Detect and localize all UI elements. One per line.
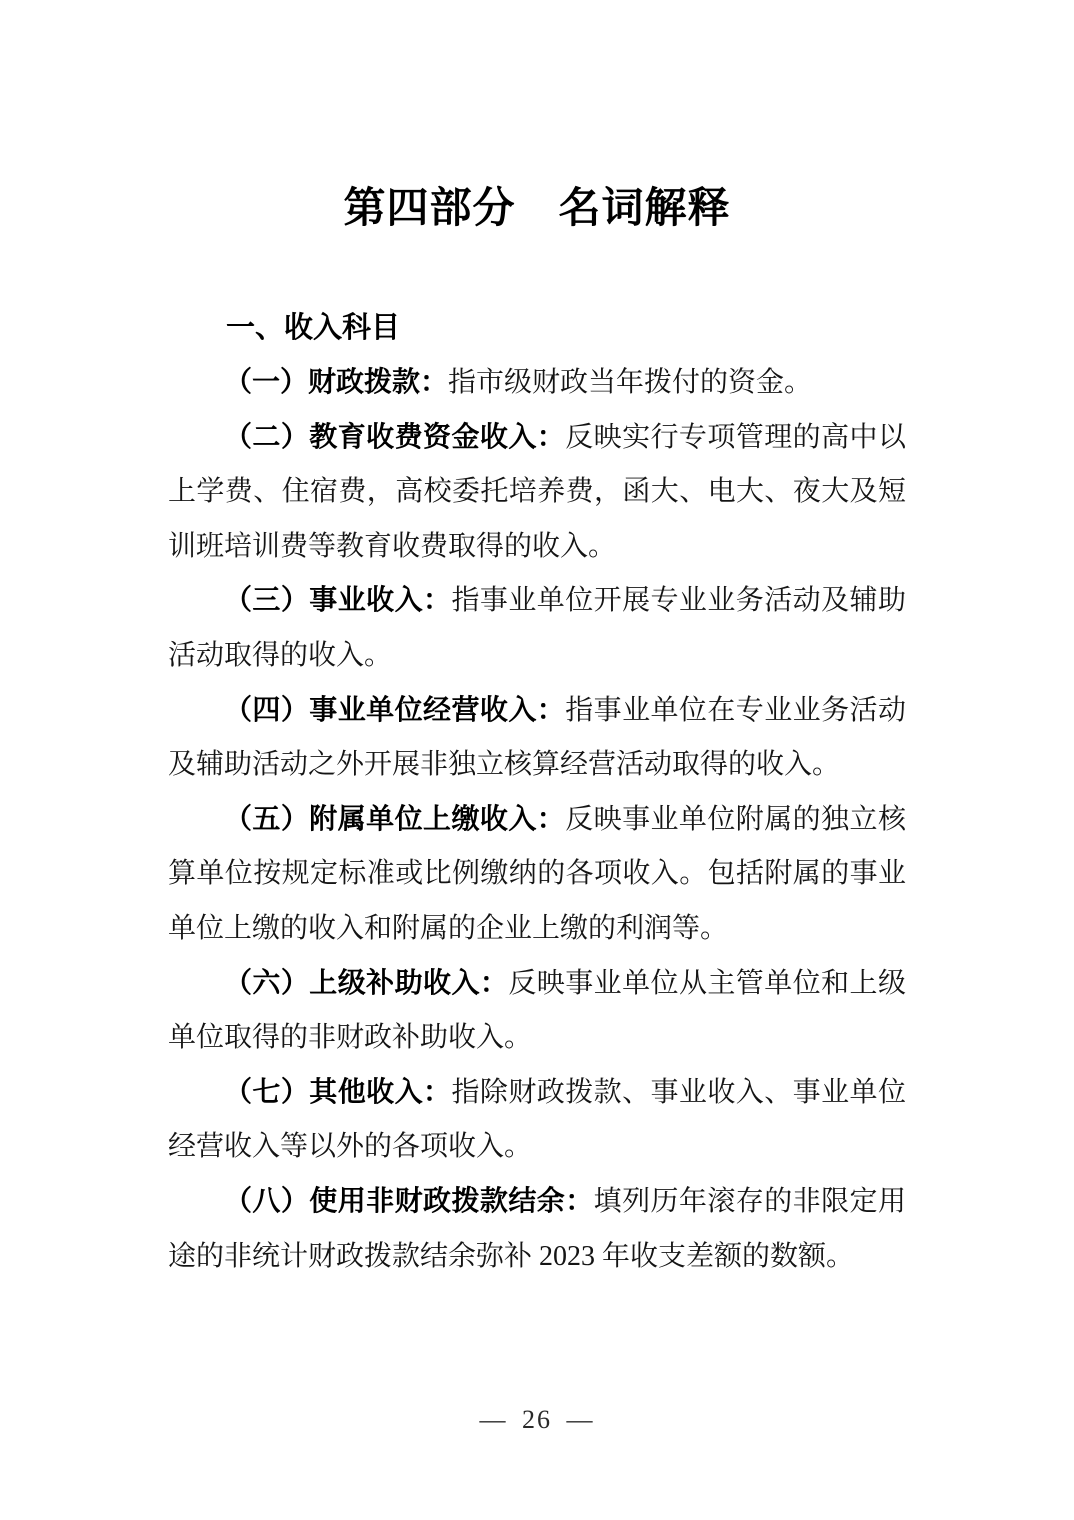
page-footer: — 26 — bbox=[0, 1402, 1074, 1438]
document-title: 第四部分 名词解释 bbox=[168, 183, 906, 233]
document-page: 第四部分 名词解释 一、收入科目 （一）财政拨款：指市级财政当年拨付的资金。 （… bbox=[0, 0, 1074, 1520]
definition-item-1: （一）财政拨款：指市级财政当年拨付的资金。 bbox=[168, 356, 906, 411]
section-heading-income-categories: 一、收入科目 bbox=[168, 301, 906, 356]
term-label: （五）附属单位上缴收入： bbox=[224, 804, 565, 835]
term-label: （八）使用非财政拨款结余： bbox=[224, 1186, 594, 1217]
term-label: （六）上级补助收入： bbox=[224, 968, 508, 999]
term-label: （一）财政拨款： bbox=[224, 367, 448, 398]
term-label: （二）教育收费资金收入： bbox=[224, 422, 565, 453]
definition-item-4: （四）事业单位经营收入：指事业单位在专业业务活动及辅助活动之外开展非独立核算经营… bbox=[168, 684, 906, 793]
definition-item-6: （六）上级补助收入：反映事业单位从主管单位和上级单位取得的非财政补助收入。 bbox=[168, 957, 906, 1066]
definition-item-8: （八）使用非财政拨款结余：填列历年滚存的非限定用途的非统计财政拨款结余弥补 20… bbox=[168, 1175, 906, 1284]
page-content: 第四部分 名词解释 一、收入科目 （一）财政拨款：指市级财政当年拨付的资金。 （… bbox=[168, 0, 906, 1284]
term-label: （七）其他收入： bbox=[224, 1077, 451, 1108]
definition-item-2: （二）教育收费资金收入：反映实行专项管理的高中以上学费、住宿费，高校委托培养费，… bbox=[168, 411, 906, 575]
definition-item-5: （五）附属单位上缴收入：反映事业单位附属的独立核算单位按规定标准或比例缴纳的各项… bbox=[168, 793, 906, 957]
definition-item-3: （三）事业收入：指事业单位开展专业业务活动及辅助活动取得的收入。 bbox=[168, 574, 906, 683]
term-definition: 指市级财政当年拨付的资金。 bbox=[448, 367, 812, 398]
term-label: （三）事业收入： bbox=[224, 585, 451, 616]
definitions-list: （一）财政拨款：指市级财政当年拨付的资金。 （二）教育收费资金收入：反映实行专项… bbox=[168, 356, 906, 1284]
term-label: （四）事业单位经营收入： bbox=[224, 695, 565, 726]
page-number: — 26 — bbox=[480, 1405, 595, 1434]
definition-item-7: （七）其他收入：指除财政拨款、事业收入、事业单位经营收入等以外的各项收入。 bbox=[168, 1066, 906, 1175]
